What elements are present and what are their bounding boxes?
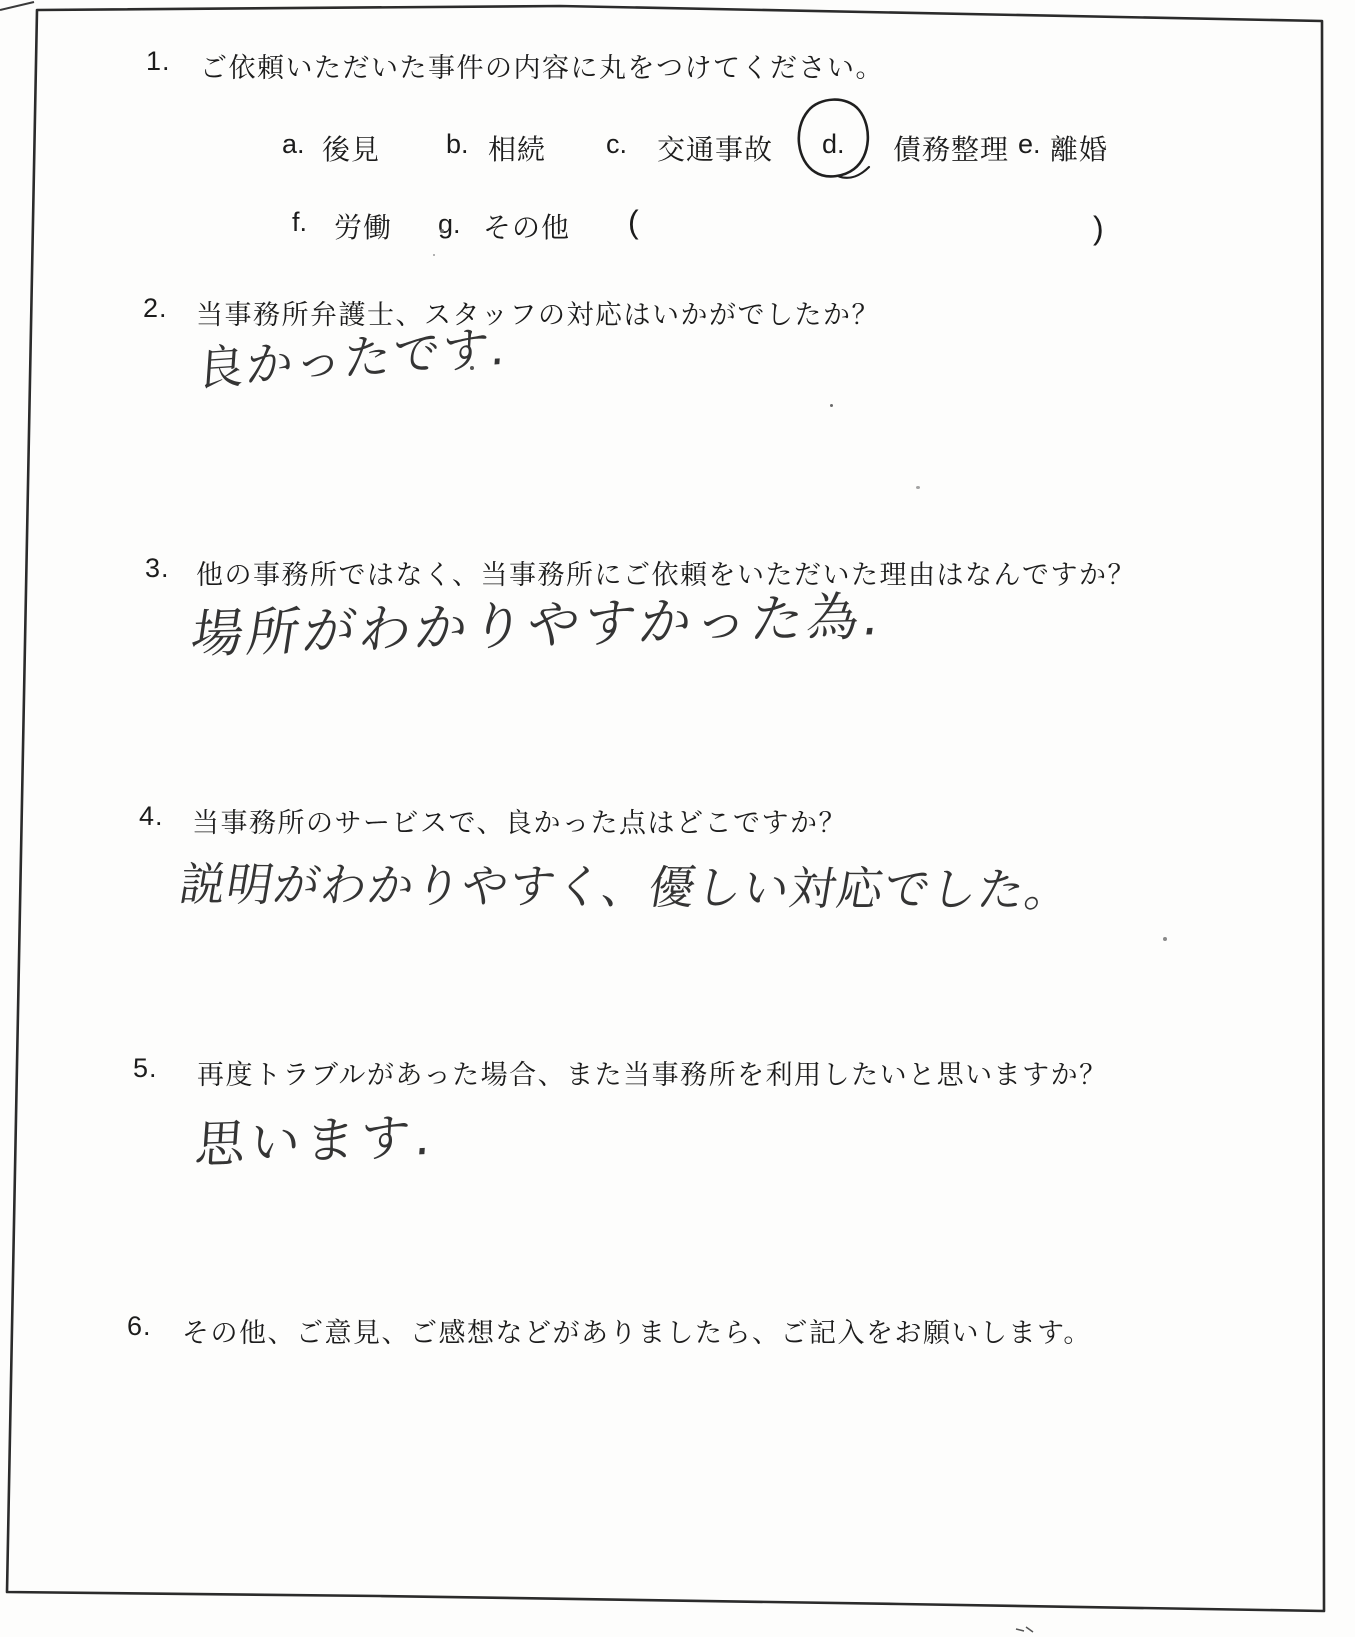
scanned-survey-page: 1. ご依頼いただいた事件の内容に丸をつけてください。 a. 後見 b. 相続 … [0,0,1355,1637]
question-3-number: 3. [145,553,170,584]
question-2-number: 2. [143,293,168,324]
scan-speck [1163,937,1167,941]
scan-speck [830,404,833,407]
scan-speck [916,486,920,489]
question-4-number: 4. [139,801,164,832]
other-close-paren: ) [1093,210,1104,247]
question-5-text: 再度トラブルがあった場合、また当事務所を利用したいと思いますか？ [197,1053,1108,1092]
option-a-key: a. [282,129,305,160]
other-open-paren: ( [628,204,639,241]
option-a-label: 後見 [322,128,380,168]
option-d-label: 債務整理 [893,128,1009,168]
handwritten-answer-4: 説明がわかりやすく、優しい対応でした。 [175,848,1078,920]
option-c-label: 交通事故 [657,128,773,168]
question-5-number: 5. [133,1053,158,1084]
option-b-label: 相続 [488,128,546,168]
question-6-number: 6. [127,1311,152,1342]
question-4-text: 当事務所のサービスで、良かった点はどこですか？ [192,801,847,840]
question-6-text: その他、ご意見、ご感想などがありましたら、ご記入をお願いします。 [182,1311,1092,1350]
scan-artifact-corner [0,2,34,10]
scan-speck [440,229,444,233]
option-f-label: 労働 [334,206,392,246]
handwritten-answer-5: 思います. [193,1097,439,1178]
option-c-key: c. [606,129,627,160]
scan-speck [433,254,435,256]
question-1-text: ご依頼いただいた事件の内容に丸をつけてください。 [200,46,884,85]
scan-speck [470,366,474,370]
option-e-label: 離婚 [1050,128,1108,168]
scan-artifact-plus [1016,1627,1033,1632]
option-d-key: d. [822,129,845,160]
question-1-number: 1. [146,46,171,77]
option-g-key: g. [438,209,461,240]
option-f-key: f. [292,207,307,238]
option-b-key: b. [446,129,469,160]
option-g-label: その他 [483,206,570,246]
option-e-key: e. [1018,129,1041,160]
